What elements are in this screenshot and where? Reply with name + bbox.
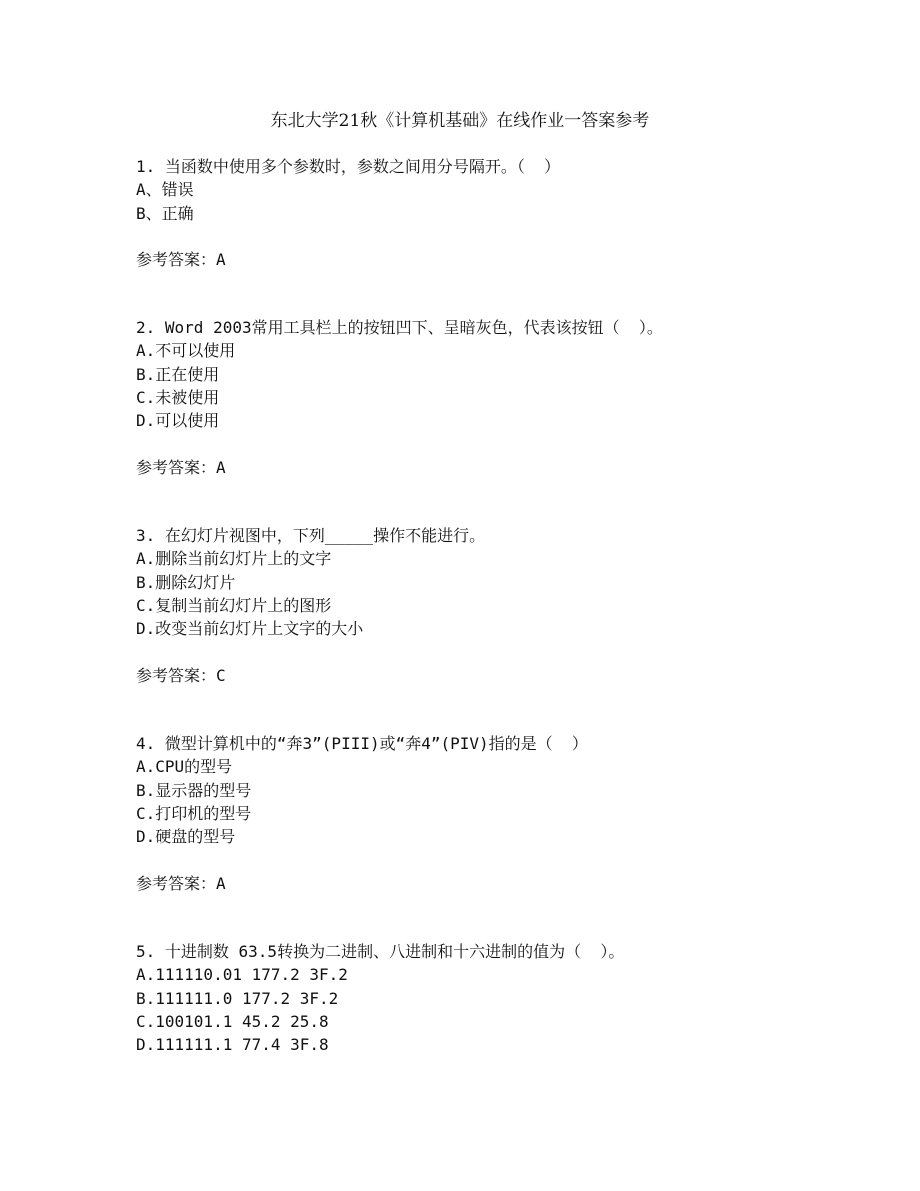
option-b: B.显示器的型号	[136, 779, 836, 802]
question-stem: 3. 在幻灯片视图中，下列_____操作不能进行。	[136, 524, 836, 547]
option-a: A.111110.01 177.2 3F.2	[136, 963, 836, 986]
option-d: D.111111.1 77.4 3F.8	[136, 1033, 836, 1056]
reference-answer: 参考答案：C	[136, 664, 836, 687]
question-stem: 5. 十进制数 63.5转换为二进制、八进制和十六进制的值为（ ）。	[136, 940, 836, 963]
document-title: 东北大学21秋《计算机基础》在线作业一答案参考	[0, 110, 920, 132]
option-b: B.正在使用	[136, 363, 836, 386]
option-d: D.改变当前幻灯片上文字的大小	[136, 617, 836, 640]
option-a: A.CPU的型号	[136, 755, 836, 778]
option-b: B、正确	[136, 202, 836, 225]
option-c: C.未被使用	[136, 386, 836, 409]
reference-answer: 参考答案：A	[136, 872, 836, 895]
question-5: 5. 十进制数 63.5转换为二进制、八进制和十六进制的值为（ ）。 A.111…	[136, 940, 836, 1056]
question-1: 1. 当函数中使用多个参数时，参数之间用分号隔开。（ ） A、错误 B、正确 参…	[136, 155, 836, 271]
question-2: 2. Word 2003常用工具栏上的按钮凹下、呈暗灰色，代表该按钮（ ）。 A…	[136, 316, 836, 479]
option-a: A、错误	[136, 178, 836, 201]
option-c: C.复制当前幻灯片上的图形	[136, 594, 836, 617]
option-a: A.删除当前幻灯片上的文字	[136, 547, 836, 570]
question-stem: 1. 当函数中使用多个参数时，参数之间用分号隔开。（ ）	[136, 155, 836, 178]
reference-answer: 参考答案：A	[136, 248, 836, 271]
option-b: B.111111.0 177.2 3F.2	[136, 987, 836, 1010]
question-stem: 4. 微型计算机中的“奔3”(PIII)或“奔4”(PIV)指的是（ ）	[136, 732, 836, 755]
option-c: C.打印机的型号	[136, 802, 836, 825]
question-4: 4. 微型计算机中的“奔3”(PIII)或“奔4”(PIV)指的是（ ） A.C…	[136, 732, 836, 895]
question-stem: 2. Word 2003常用工具栏上的按钮凹下、呈暗灰色，代表该按钮（ ）。	[136, 316, 836, 339]
option-d: D.可以使用	[136, 409, 836, 432]
reference-answer: 参考答案：A	[136, 456, 836, 479]
option-b: B.删除幻灯片	[136, 571, 836, 594]
document-page: 东北大学21秋《计算机基础》在线作业一答案参考 1. 当函数中使用多个参数时，参…	[0, 0, 920, 1191]
option-d: D.硬盘的型号	[136, 825, 836, 848]
option-c: C.100101.1 45.2 25.8	[136, 1010, 836, 1033]
question-3: 3. 在幻灯片视图中，下列_____操作不能进行。 A.删除当前幻灯片上的文字 …	[136, 524, 836, 687]
option-a: A.不可以使用	[136, 339, 836, 362]
